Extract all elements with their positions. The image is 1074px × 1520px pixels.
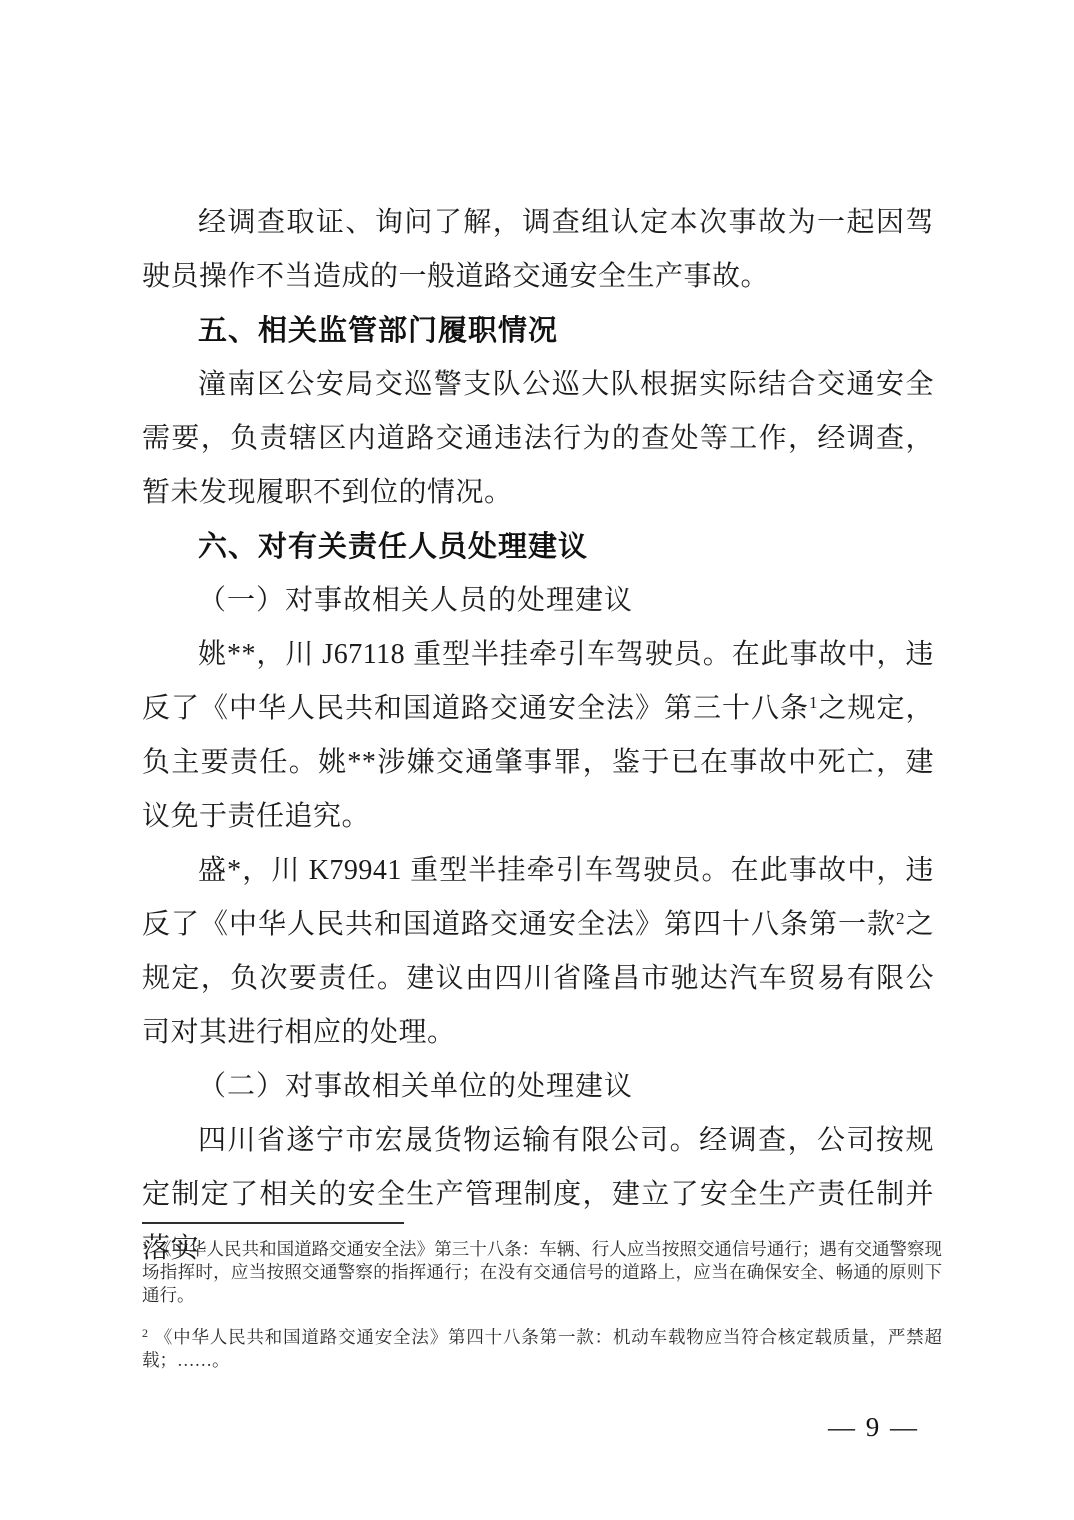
paragraph-driver-sheng-text: 盛*，川 K79941 重型半挂牵引车驾驶员。在此事故中，违反了《中华人民共和国…: [142, 855, 934, 940]
footnotes-section: 1《中华人民共和国道路交通安全法》第三十八条：车辆、行人应当按照交通信号通行；遇…: [142, 1222, 942, 1391]
footnote-2: 2《中华人民共和国道路交通安全法》第四十八条第一款：机动车载物应当符合核定载质量…: [142, 1326, 942, 1372]
footnote-2-marker: 2: [142, 1326, 148, 1340]
subsection-heading-1: （一）对事故相关人员的处理建议: [142, 574, 934, 628]
footnote-reference-1: 1: [809, 693, 818, 712]
paragraph-supervision: 潼南区公安局交巡警支队公巡大队根据实际结合交通安全需要，负责辖区内道路交通违法行…: [142, 358, 934, 520]
footnote-1: 1《中华人民共和国道路交通安全法》第三十八条：车辆、行人应当按照交通信号通行；遇…: [142, 1238, 942, 1307]
footnote-2-text: 《中华人民共和国道路交通安全法》第四十八条第一款：机动车载物应当符合核定载质量，…: [142, 1327, 942, 1370]
footnote-separator-rule: [142, 1222, 404, 1224]
page-number: — 9 —: [828, 1412, 938, 1443]
footnote-1-text: 《中华人民共和国道路交通安全法》第三十八条：车辆、行人应当按照交通信号通行；遇有…: [142, 1239, 942, 1305]
paragraph-driver-sheng: 盛*，川 K79941 重型半挂牵引车驾驶员。在此事故中，违反了《中华人民共和国…: [142, 844, 934, 1060]
footnote-1-marker: 1: [142, 1238, 148, 1252]
paragraph-driver-yao: 姚**，川 J67118 重型半挂牵引车驾驶员。在此事故中，违反了《中华人民共和…: [142, 628, 934, 844]
document-body: 经调查取证、询问了解，调查组认定本次事故为一起因驾驶员操作不当造成的一般道路交通…: [142, 196, 934, 1276]
paragraph-conclusion: 经调查取证、询问了解，调查组认定本次事故为一起因驾驶员操作不当造成的一般道路交通…: [142, 196, 934, 304]
document-page: 经调查取证、询问了解，调查组认定本次事故为一起因驾驶员操作不当造成的一般道路交通…: [0, 0, 1074, 1520]
section-heading-6: 六、对有关责任人员处理建议: [142, 520, 934, 574]
footnote-reference-2: 2: [896, 909, 905, 928]
section-heading-5: 五、相关监管部门履职情况: [142, 304, 934, 358]
subsection-heading-2: （二）对事故相关单位的处理建议: [142, 1060, 934, 1114]
